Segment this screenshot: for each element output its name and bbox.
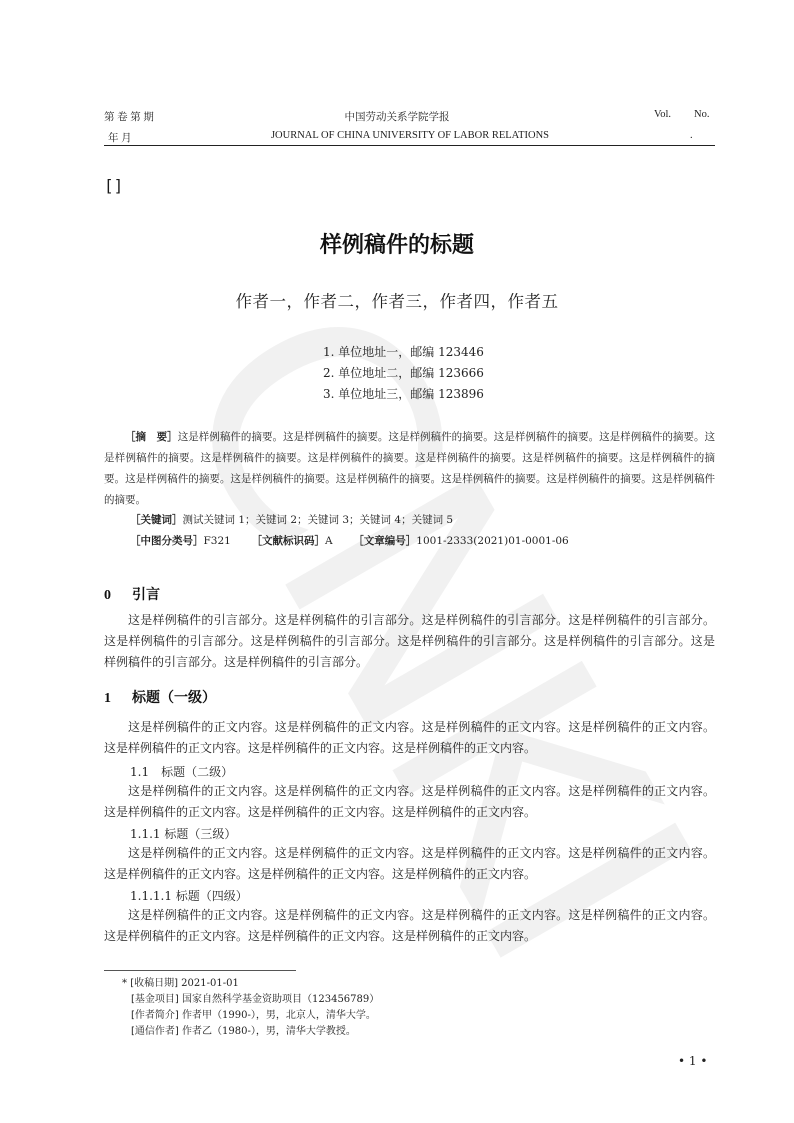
doc-code-label: ［文献标识码］ — [252, 535, 326, 547]
footnote-corresponding: [通信作者] 作者乙（1980-），男，清华大学教授。 — [131, 1024, 356, 1039]
section-1-1-1-1-paragraph: 这是样例稿件的正文内容。这是样例稿件的正文内容。这是样例稿件的正文内容。这是样例… — [104, 905, 715, 947]
citation-placeholder: [] — [104, 176, 123, 195]
header-rule — [104, 145, 715, 146]
header-vol: Vol. — [654, 109, 671, 120]
section-1-1-1-paragraph: 这是样例稿件的正文内容。这是样例稿件的正文内容。这是样例稿件的正文内容。这是样例… — [104, 843, 715, 885]
keywords-text: 测试关键词 1；关键词 2；关键词 3；关键词 4；关键词 5 — [183, 514, 454, 526]
journal-name-cn: 中国劳动关系学院学报 — [0, 109, 794, 124]
section-heading-1: 1标题（一级） — [104, 687, 216, 707]
abstract-label: ［摘 要］ — [125, 431, 178, 443]
footnote-fund: [基金项目] 国家自然科学基金资助项目（123456789） — [131, 992, 379, 1007]
doc-code-value: A — [325, 535, 333, 547]
journal-name-en: JOURNAL OF CHINA UNIVERSITY OF LABOR REL… — [0, 130, 794, 141]
authors: 作者一，作者二，作者三，作者四，作者五 — [0, 288, 794, 312]
article-no-label: ［文章编号］ — [353, 535, 416, 547]
classification: ［中图分类号］F321 ［文献标识码］A ［文章编号］1001-2333(202… — [130, 533, 569, 548]
intro-paragraph: 这是样例稿件的引言部分。这是样例稿件的引言部分。这是样例稿件的引言部分。这是样例… — [104, 610, 715, 673]
header-dot: . — [690, 130, 693, 141]
section-heading-1-1-1: 1.1.1 标题（三级） — [130, 825, 236, 842]
section-heading-1-1-1-1: 1.1.1.1 标题（四级） — [130, 887, 248, 904]
affiliation-3: 3. 单位地址三，邮编 123896 — [323, 384, 484, 405]
section-heading-1-1: 1.1 标题（二级） — [130, 763, 233, 780]
abstract: ［摘 要］这是样例稿件的摘要。这是样例稿件的摘要。这是样例稿件的摘要。这是样例稿… — [104, 427, 715, 511]
footnote-rule — [104, 970, 296, 971]
footnote-received: * [收稿日期] 2021-01-01 — [122, 976, 239, 991]
section-1-paragraph: 这是样例稿件的正文内容。这是样例稿件的正文内容。这是样例稿件的正文内容。这是样例… — [104, 717, 715, 759]
footnote-author-bio: [作者简介] 作者甲（1990-），男，北京人，清华大学。 — [131, 1008, 376, 1023]
clc-value: F321 — [204, 535, 231, 547]
abstract-text: 这是样例稿件的摘要。这是样例稿件的摘要。这是样例稿件的摘要。这是样例稿件的摘要。… — [104, 431, 715, 506]
header-no: No. — [694, 109, 709, 120]
paper-title: 样例稿件的标题 — [0, 228, 794, 259]
article-no-value: 1001-2333(2021)01-0001-06 — [416, 535, 568, 547]
affiliation-1: 1. 单位地址一，邮编 123446 — [323, 342, 484, 363]
section-1-1-paragraph: 这是样例稿件的正文内容。这是样例稿件的正文内容。这是样例稿件的正文内容。这是样例… — [104, 781, 715, 823]
keywords-label: ［关键词］ — [130, 514, 183, 526]
page-number: • 1 • — [678, 1054, 707, 1068]
keywords: ［关键词］测试关键词 1；关键词 2；关键词 3；关键词 4；关键词 5 — [130, 512, 453, 527]
clc-label: ［中图分类号］ — [130, 535, 204, 547]
affiliation-2: 2. 单位地址二，邮编 123666 — [323, 363, 484, 384]
section-heading-intro: 0引言 — [104, 584, 160, 604]
